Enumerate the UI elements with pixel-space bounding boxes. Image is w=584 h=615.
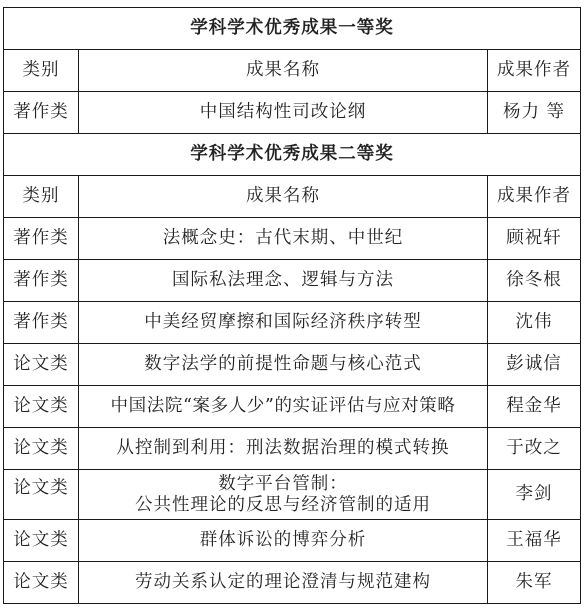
section-title-second-prize: 学科学术优秀成果二等奖 [4,134,581,176]
cell-category: 著作类 [4,260,79,302]
cell-category: 著作类 [4,92,79,134]
header-category: 类别 [4,176,79,218]
cell-name: 数字法学的前提性命题与核心范式 [79,344,488,386]
cell-author: 杨力 等 [488,92,581,134]
cell-name: 法概念史：古代末期、中世纪 [79,218,488,260]
cell-name: 从控制到利用：刑法数据治理的模式转换 [79,428,488,470]
cell-name-line1: 数字平台管制： [81,474,485,495]
header-name: 成果名称 [79,176,488,218]
cell-author: 朱军 [488,562,581,604]
section-title-row: 学科学术优秀成果一等奖 [4,8,581,50]
cell-name: 劳动关系认定的理论澄清与规范建构 [79,562,488,604]
cell-author: 顾祝轩 [488,218,581,260]
cell-author: 李剑 [488,470,581,520]
header-author: 成果作者 [488,176,581,218]
section-title-row: 学科学术优秀成果二等奖 [4,134,581,176]
cell-category: 论文类 [4,562,79,604]
header-row: 类别 成果名称 成果作者 [4,176,581,218]
cell-category: 论文类 [4,386,79,428]
table-row: 论文类 数字法学的前提性命题与核心范式 彭诚信 [4,344,581,386]
cell-name: 国际私法理念、逻辑与方法 [79,260,488,302]
cell-category: 论文类 [4,428,79,470]
table-row: 著作类 中美经贸摩擦和国际经济秩序转型 沈伟 [4,302,581,344]
cell-category: 著作类 [4,218,79,260]
cell-name: 中国结构性司改论纲 [79,92,488,134]
cell-category: 著作类 [4,302,79,344]
header-row: 类别 成果名称 成果作者 [4,50,581,92]
section-title-first-prize: 学科学术优秀成果一等奖 [4,8,581,50]
cell-author: 沈伟 [488,302,581,344]
cell-name: 中国法院“案多人少”的实证评估与应对策略 [79,386,488,428]
header-category: 类别 [4,50,79,92]
cell-name: 数字平台管制： 公共性理论的反思与经济管制的适用 [79,470,488,520]
cell-author: 王福华 [488,520,581,562]
cell-category: 论文类 [4,470,79,520]
table-row: 著作类 国际私法理念、逻辑与方法 徐冬根 [4,260,581,302]
awards-table: 学科学术优秀成果一等奖 类别 成果名称 成果作者 著作类 中国结构性司改论纲 杨… [3,7,581,604]
cell-author: 彭诚信 [488,344,581,386]
cell-category: 论文类 [4,344,79,386]
table-row: 著作类 中国结构性司改论纲 杨力 等 [4,92,581,134]
cell-author: 程金华 [488,386,581,428]
cell-category: 论文类 [4,520,79,562]
table-row: 论文类 群体诉讼的博弈分析 王福华 [4,520,581,562]
cell-name: 群体诉讼的博弈分析 [79,520,488,562]
cell-name-line2: 公共性理论的反思与经济管制的适用 [81,495,485,516]
header-author: 成果作者 [488,50,581,92]
table-row: 论文类 从控制到利用：刑法数据治理的模式转换 于改之 [4,428,581,470]
table-row: 著作类 法概念史：古代末期、中世纪 顾祝轩 [4,218,581,260]
table-row: 论文类 劳动关系认定的理论澄清与规范建构 朱军 [4,562,581,604]
cell-author: 于改之 [488,428,581,470]
table-row: 论文类 数字平台管制： 公共性理论的反思与经济管制的适用 李剑 [4,470,581,520]
table-row: 论文类 中国法院“案多人少”的实证评估与应对策略 程金华 [4,386,581,428]
cell-author: 徐冬根 [488,260,581,302]
header-name: 成果名称 [79,50,488,92]
cell-name: 中美经贸摩擦和国际经济秩序转型 [79,302,488,344]
